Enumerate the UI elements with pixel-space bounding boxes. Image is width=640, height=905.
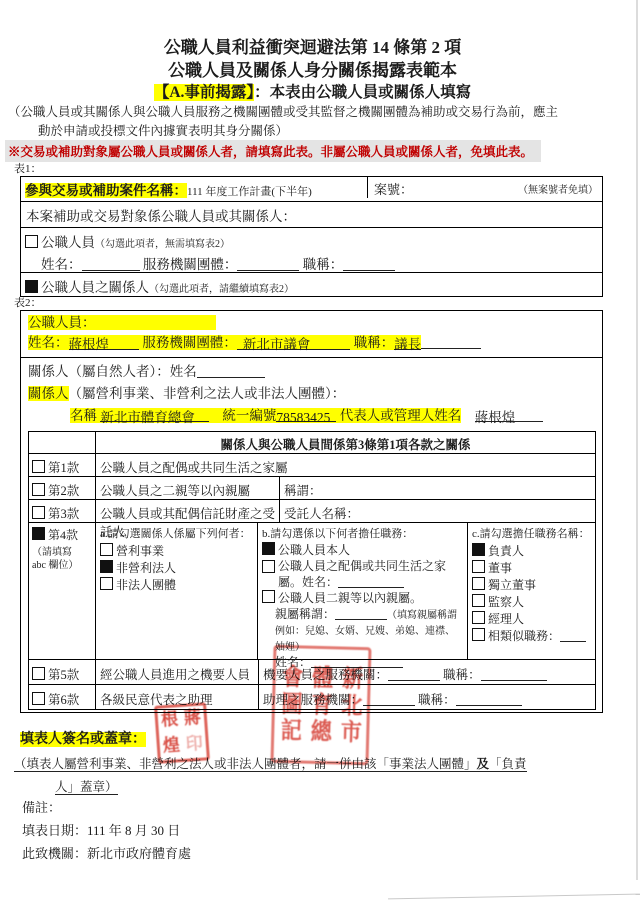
table1-label: 表1： (14, 160, 42, 176)
personal-seal-char: 煌 (159, 733, 184, 761)
blank-line (343, 258, 395, 271)
sign-note-line1c: 「負責 (489, 757, 527, 772)
org-seal-text: 新北市 (335, 665, 367, 746)
intro-note-line1: （公職人員或其關係人與公職人員服務之機關團體或受其監督之機關團體為補助或交易行為… (8, 103, 632, 122)
kin-label: 親屬稱謂： (275, 607, 335, 621)
col-c-item2-label: 董事 (488, 561, 512, 575)
case-no-label: 案號： (374, 179, 413, 198)
col-a-item1-checkbox (100, 543, 113, 556)
clause5-label: 第5款 (48, 668, 79, 682)
entity-rep-value: 蔣根煌 (475, 407, 544, 422)
clause1-checkbox (32, 460, 45, 473)
col-a-item3-checkbox (100, 577, 113, 590)
org-seal-column: 新北市 (334, 645, 367, 767)
official-name-label: 姓名： (28, 335, 69, 350)
official-agency-value: 新北市議會 (237, 335, 351, 350)
clause4-col-a: a.請勾選關係人係屬下列何者： 營利事業 非營利法人 非法人團體 (95, 523, 257, 659)
col-c-item4-label: 監察人 (488, 595, 524, 609)
entity-name-value: 新北市體育總會 (100, 407, 209, 422)
col-a-item1-label: 營利事業 (116, 544, 164, 558)
related-info-cell: 關係人（屬自然人者）：姓名 關係人（屬營利事業、非營利之法人或非法人團體）： 名… (21, 358, 602, 431)
personal-seal-stamp: 根 蔣 煌 印 (154, 702, 210, 763)
col-c-item2-checkbox (472, 560, 485, 573)
related-option-line: 公職人員之關係人（勾選此項者，請繼續填寫表2） (21, 273, 294, 296)
disclosure-tag-highlight: 【A.事前揭露】 (154, 84, 254, 101)
clause5-desc: 經公職人員進用之機要人員 (95, 660, 258, 684)
col-c-item5-checkbox (472, 611, 485, 624)
relations-header-row: 關係人與公職人員間係第3條第1項各款之關係 (29, 432, 595, 453)
org-seal-stamp: 會圖記 體育總 新北市 (270, 645, 371, 766)
disclosure-tag-rest: ：本表由公職人員或關係人填寫 (254, 84, 471, 101)
blank-line (560, 629, 586, 642)
case-name-label: 參與交易或補助案件名稱： (25, 183, 187, 198)
official-option-line: 公職人員（勾選此項者，無需填寫表2） (21, 228, 602, 251)
relations-header-spacer (29, 432, 95, 453)
col-c-item6-label: 相類似職務： (488, 629, 560, 643)
col-a-item3-label: 非法人團體 (116, 578, 176, 592)
official-fields-line: 姓名： 服務機關團體： 職稱： (21, 251, 602, 273)
personal-seal-char: 印 (182, 731, 207, 759)
clause3-extra: 受託人名稱： (279, 500, 595, 522)
blank-line (338, 575, 404, 588)
col-c-item1-checkbox (472, 543, 485, 556)
org-seal-column: 會圖記 (274, 643, 307, 765)
clause5-title-label: 職稱： (443, 668, 481, 682)
official-header: 公職人員： (28, 315, 216, 330)
form-title-line1: 公職人員利益衝突迴避法第 14 條第 2 項 (0, 36, 625, 59)
relation-row-4: 第4款 （請填寫 abc 欄位） a.請勾選關係人係屬下列何者： 營利事業 非營… (29, 522, 595, 659)
clause2-desc: 公職人員之二親等以內親屬 (95, 477, 279, 499)
official-info-line: 姓名：蔣根煌 服務機關團體：新北市議會 職稱：議長 (28, 335, 421, 350)
col-c-item3-label: 獨立董事 (488, 578, 536, 592)
clause3-checkbox (32, 506, 45, 519)
table1-row-official: 公職人員（勾選此項者，無需填寫表2） 姓名： 服務機關團體： 職稱： (21, 227, 602, 272)
scanned-form-page: 公職人員利益衝突迴避法第 14 條第 2 項 公職人員及關係人身分關係揭露表範本… (0, 0, 640, 905)
clause4-checkbox (32, 527, 45, 540)
title-block: 公職人員利益衝突迴避法第 14 條第 2 項 公職人員及關係人身分關係揭露表範本… (0, 36, 625, 103)
clause4-note1: （請填寫 (32, 546, 91, 559)
clause4-cell: 第4款 （請填寫 abc 欄位） (29, 523, 95, 659)
org-seal-column: 體育總 (304, 644, 337, 766)
clause4-label: 第4款 (48, 528, 78, 542)
clause2-extra: 稱謂： (279, 477, 595, 499)
fill-date-line: 填表日期：111 年 8 月 30 日 (22, 820, 180, 839)
blank-line (456, 693, 522, 706)
table1: 參與交易或補助案件名稱：111 年度工作計畫(下半年) 案號： （無案號者免填）… (20, 176, 603, 297)
official-title-label: 職稱： (354, 335, 395, 350)
agency-field-label: 服務機關團體： (143, 257, 238, 272)
intro-note: （公職人員或其關係人與公職人員服務之機關團體或受其監督之機關團體為補助或交易行為… (8, 103, 632, 141)
official-agency-label: 服務機關團體： (142, 335, 237, 350)
sign-label-wrap: 填表人簽名或蓋章： (20, 728, 146, 748)
clause6-title-label: 職稱： (418, 693, 456, 707)
entity-rep-label: 代表人或管理人姓名 (340, 408, 462, 423)
official-option-label: 公職人員 (41, 235, 95, 250)
clause3-desc: 公職人員或其配偶信託財產之受託人 (95, 500, 279, 522)
scan-edge-line (636, 0, 638, 880)
relation-row-1: 第1款 公職人員之配偶或共同生活之家屬 (29, 453, 595, 476)
official-info-cell: 公職人員： 姓名：蔣根煌 服務機關團體：新北市議會 職稱：議長 (21, 311, 602, 358)
clause3-label: 第3款 (48, 507, 79, 521)
clause6-checkbox (32, 692, 45, 705)
official-checkbox (25, 235, 38, 248)
sign-note-line2: 人」蓋章） (55, 780, 118, 795)
blank-line (82, 258, 140, 271)
blank-line (197, 365, 265, 378)
col-c-item5-label: 經理人 (488, 612, 524, 626)
case-no-cell: 案號： （無案號者免填） (367, 177, 602, 198)
related-natural-line: 關係人（屬自然人者）：姓名 (28, 364, 197, 379)
org-seal-text: 體育總 (305, 664, 337, 745)
entity-name-label: 名稱 (70, 408, 97, 423)
personal-seal-char: 蔣 (180, 705, 205, 733)
clause1-label: 第1款 (48, 461, 79, 475)
col-b-item3-checkbox (262, 590, 275, 603)
related-entity-label: 關係人 (28, 386, 69, 401)
related-checkbox (25, 280, 38, 293)
relations-header: 關係人與公職人員間係第3條第1項各款之關係 (95, 432, 595, 453)
col-c-item1-label: 負責人 (488, 544, 524, 558)
col-b-item1-checkbox (262, 542, 275, 555)
related-option-label: 公職人員之關係人 (41, 280, 149, 295)
official-option-hint: （勾選此項者，無需填寫表2） (95, 239, 230, 250)
table1-row-related: 公職人員之關係人（勾選此項者，請繼續填寫表2） (21, 272, 602, 296)
related-option-hint: （勾選此項者，請繼續填寫表2） (149, 284, 294, 295)
sign-note-line2-wrap: 人」蓋章） (55, 777, 118, 795)
org-seal-text: 會圖記 (275, 664, 307, 745)
relation-row-3: 第3款 公職人員或其配偶信託財產之受託人 受託人名稱： (29, 499, 595, 522)
official-name-value: 蔣根煌 (69, 335, 140, 350)
col-c-item4-checkbox (472, 594, 485, 607)
official-title-value: 議長 (394, 335, 421, 350)
col-c-item3-checkbox (472, 577, 485, 590)
subject-text: 本案補助或交易對象係公職人員或其關係人： (21, 202, 296, 225)
table2-label: 表2： (14, 294, 42, 310)
col-a-item2-label: 非營利法人 (116, 561, 176, 575)
name-field-label: 姓名： (41, 257, 82, 272)
sign-label: 填表人簽名或蓋章： (20, 732, 146, 747)
case-no-hint: （無案號者免填） (518, 179, 598, 198)
relation-row-2: 第2款 公職人員之二親等以內親屬 稱謂： (29, 476, 595, 499)
col-c-item6-checkbox (472, 628, 485, 641)
clause1-desc: 公職人員之配偶或共同生活之家屬 (95, 454, 595, 476)
blank-line (388, 668, 440, 681)
red-warning-text: ※交易或補助對象屬公職人員或關係人者，請填寫此表。非屬公職人員或關係人者，免填此… (5, 140, 541, 162)
clause2-label: 第2款 (48, 484, 79, 498)
table1-row-case: 參與交易或補助案件名稱：111 年度工作計畫(下半年) 案號： （無案號者免填） (21, 177, 602, 201)
clause4-col-c: c.請勾選擔任職務名稱： 負責人 董事 獨立董事 監察人 經理人 相類似職務： (467, 523, 595, 659)
title-field-label: 職稱： (303, 257, 344, 272)
table1-row-subject: 本案補助或交易對象係公職人員或其關係人： (21, 201, 602, 227)
case-name-cell: 參與交易或補助案件名稱：111 年度工作計畫(下半年) (21, 177, 367, 200)
entity-uid-label: 統一編號 (222, 408, 276, 423)
clause2-checkbox (32, 483, 45, 496)
sign-note-line1a: （填表人屬營利事業、非營利之法人或非法人團體者，請一併由該「事業法人團體」 (14, 757, 477, 772)
blank-line (237, 258, 299, 271)
scan-shadow-line (388, 894, 640, 900)
clause4-note2: abc 欄位） (32, 559, 91, 572)
clause6-label: 第6款 (48, 693, 79, 707)
clause4-col-b: b.請勾選係以下何者擔任職務： 公職人員本人 公職人員之配偶或共同生活之家屬。姓… (257, 523, 467, 659)
col-b-item1-label: 公職人員本人 (278, 543, 350, 557)
case-name-value: 111 年度工作計畫(下半年) (187, 186, 312, 198)
blank-line (421, 334, 481, 349)
intro-note-line2: 動於申請或投標文件內據實表明其身分關係） (8, 122, 632, 141)
related-entity-rest: （屬營利事業、非營利之法人或非法人團體）： (69, 386, 346, 401)
clause5-checkbox (32, 667, 45, 680)
sign-note-line1b: 及 (477, 757, 490, 772)
red-warning-bar: ※交易或補助對象屬公職人員或關係人者，請填寫此表。非屬公職人員或關係人者，免填此… (5, 140, 541, 162)
personal-seal-char: 根 (157, 707, 182, 735)
entity-uid-value: 78583425 (276, 407, 336, 422)
col-a-header: a.請勾選關係人係屬下列何者： (100, 526, 253, 543)
blank-line (481, 668, 547, 681)
entity-info-line: 名稱 新北市體育總會 統一編號78583425 代表人或管理人姓名 (70, 408, 461, 423)
col-b-item3-label: 公職人員二親等以內親屬。 (278, 591, 422, 605)
col-b-header: b.請勾選係以下何者擔任職務： (262, 526, 463, 542)
blank-line (363, 693, 415, 706)
col-b-item2-checkbox (262, 560, 275, 573)
col-a-item2-checkbox (100, 560, 113, 573)
col-c-header: c.請勾選擔任職務名稱： (472, 526, 591, 543)
form-subtitle: 【A.事前揭露】：本表由公職人員或關係人填寫 (0, 82, 625, 103)
remark-label: 備註： (22, 797, 61, 816)
form-title-line2: 公職人員及關係人身分關係揭露表範本 (0, 59, 625, 82)
blank-line (335, 607, 387, 620)
to-agency-line: 此致機關：新北市政府體育處 (22, 843, 191, 862)
